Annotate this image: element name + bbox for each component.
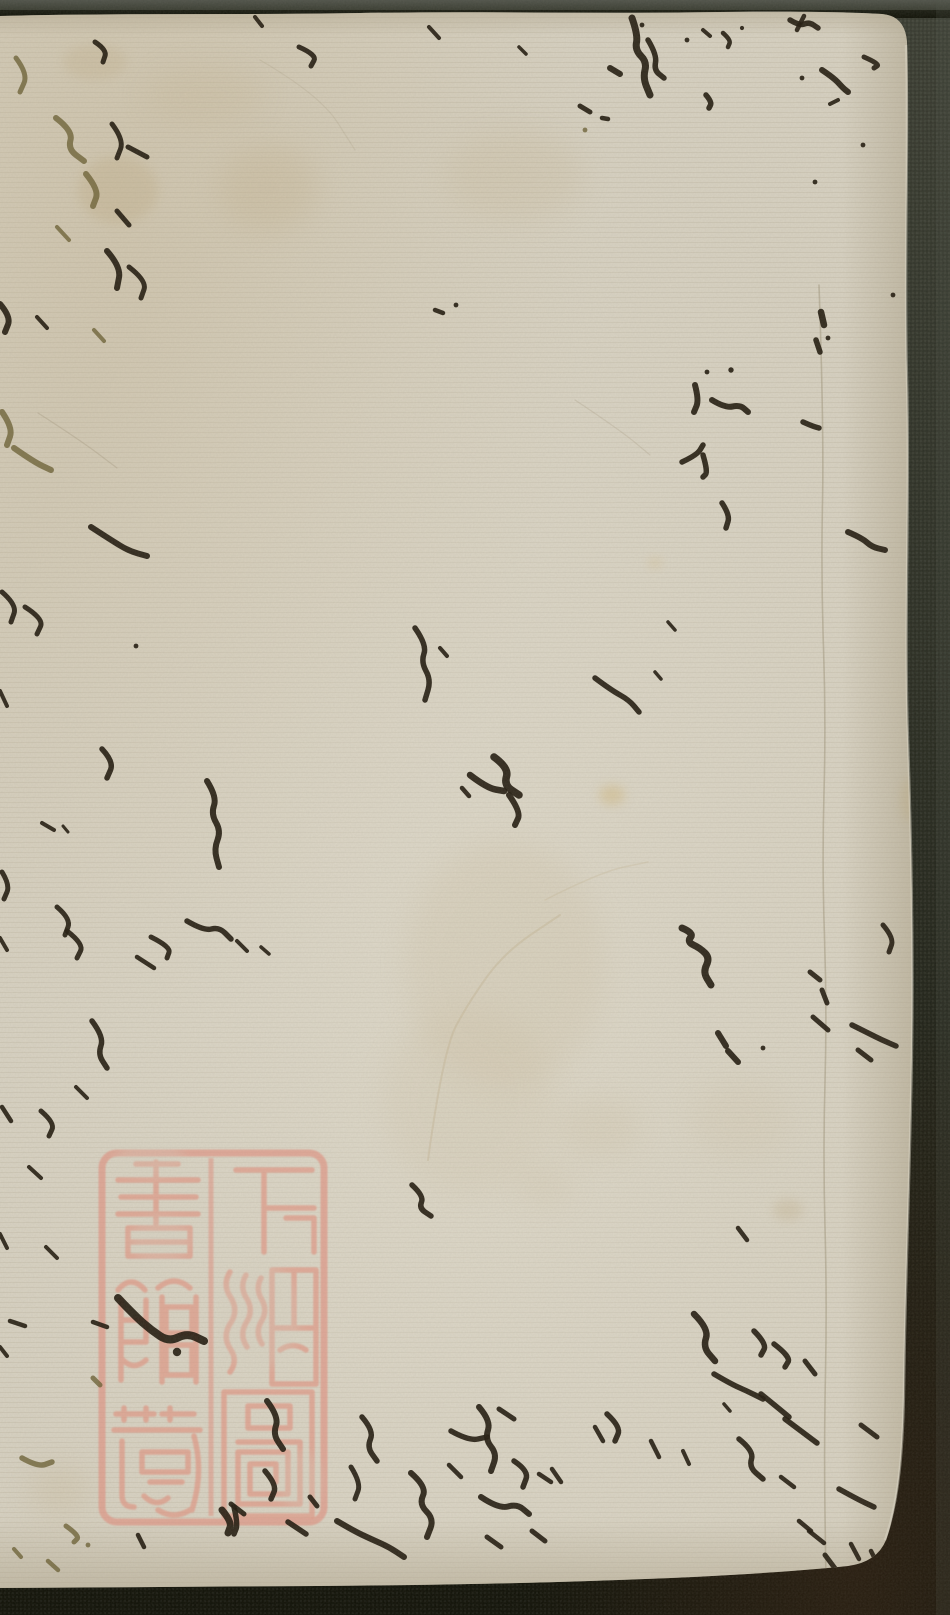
book-scan-photo: 上海圖書館藏 (0, 0, 950, 1615)
photo-grain-overlay (0, 0, 950, 1615)
